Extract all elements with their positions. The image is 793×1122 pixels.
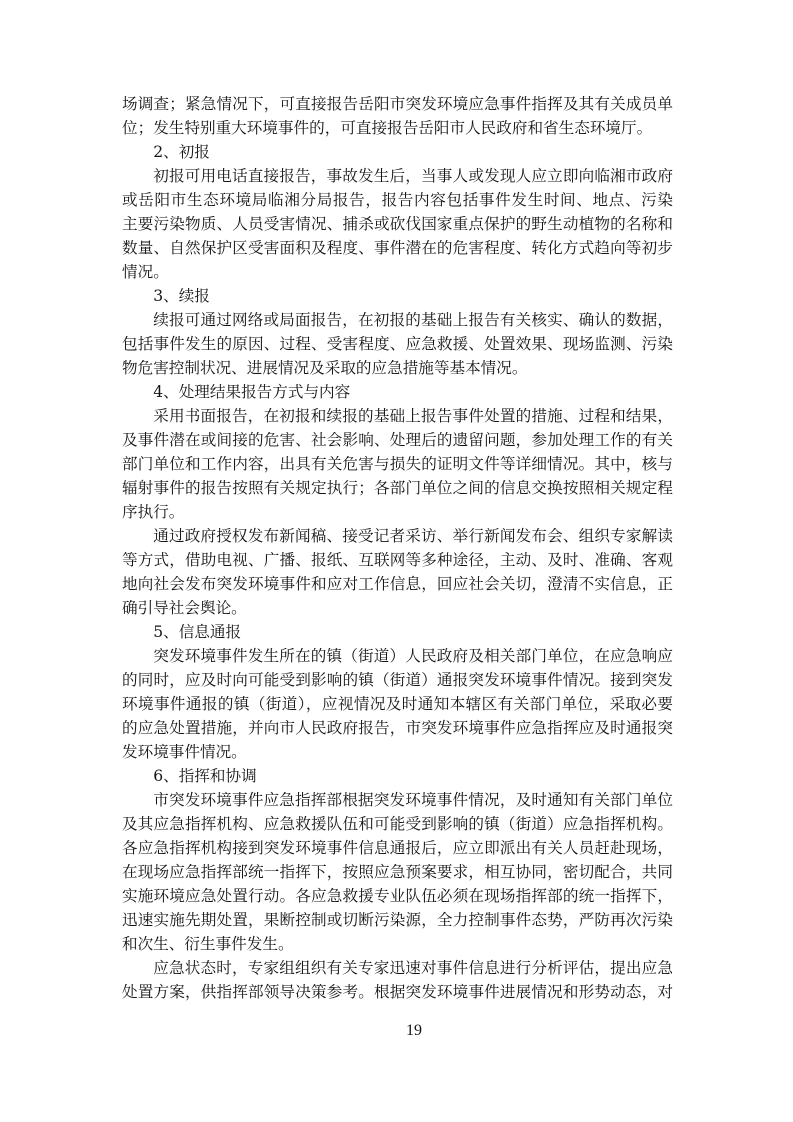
text-line: 等方式，借助电视、广播、报纸、互联网等多种途径，主动、及时、准确、客观: [122, 548, 673, 572]
text-line: 及事件潜在或间接的危害、社会影响、处理后的遗留问题，参加处理工作的有关: [122, 428, 673, 452]
text-line: 市突发环境事件应急指挥部根据突发环境事件情况，及时通知有关部门单位: [122, 788, 673, 812]
text-line: 各应急指挥机构接到突发环境事件信息通报后，应立即派出有关人员赶赴现场，: [122, 836, 673, 860]
text-line: 的同时，应及时向可能受到影响的镇（街道）通报突发环境事件情况。接到突发: [122, 668, 673, 692]
text-line: 部门单位和工作内容，出具有关危害与损失的证明文件等详细情况。其中，核与: [122, 452, 673, 476]
paragraph-continuation: 场调查；紧急情况下，可直接报告岳阳市突发环境应急事件指挥及其有关成员单 位；发生…: [122, 92, 673, 140]
text-line: 序执行。: [122, 500, 673, 524]
text-line: 包括事件发生的原因、过程、受害程度、应急救援、处置效果、现场监测、污染: [122, 332, 673, 356]
text-line: 位；发生特别重大环境事件的，可直接报告岳阳市人民政府和省生态环境厅。: [122, 116, 673, 140]
text-line: 场调查；紧急情况下，可直接报告岳阳市突发环境应急事件指挥及其有关成员单: [122, 92, 673, 116]
text-line: 的应急处置措施，并向市人民政府报告，市突发环境事件应急指挥应及时通报突: [122, 716, 673, 740]
text-line: 物危害控制状况、进展情况及采取的应急措施等基本情况。: [122, 356, 673, 380]
text-line: 环境事件通报的镇（街道），应视情况及时通知本辖区有关部门单位，采取必要: [122, 692, 673, 716]
paragraph-result-report: 采用书面报告，在初报和续报的基础上报告事件处置的措施、过程和结果， 及事件潜在或…: [122, 404, 673, 524]
section-heading-command-coordination: 6、指挥和协调: [122, 764, 673, 788]
document-page: 场调查；紧急情况下，可直接报告岳阳市突发环境应急事件指挥及其有关成员单 位；发生…: [0, 0, 793, 1122]
paragraph-emergency-state: 应急状态时，专家组组织有关专家迅速对事件信息进行分析评估，提出应急 处置方案，供…: [122, 956, 673, 1004]
paragraph-command-coordination: 市突发环境事件应急指挥部根据突发环境事件情况，及时通知有关部门单位 及其应急指挥…: [122, 788, 673, 956]
paragraph-information-notification: 突发环境事件发生所在的镇（街道）人民政府及相关部门单位，在应急响应 的同时，应及…: [122, 644, 673, 764]
text-line: 应急状态时，专家组组织有关专家迅速对事件信息进行分析评估，提出应急: [122, 956, 673, 980]
text-line: 在现场应急指挥部统一指挥下，按照应急预案要求，相互协同，密切配合，共同: [122, 860, 673, 884]
section-heading-follow-up-report: 3、续报: [122, 284, 673, 308]
text-line: 通过政府授权发布新闻稿、接受记者采访、举行新闻发布会、组织专家解读: [122, 524, 673, 548]
text-line: 数量、自然保护区受害面积及程度、事件潜在的危害程度、转化方式趋向等初步: [122, 236, 673, 260]
section-heading-information-notification: 5、信息通报: [122, 620, 673, 644]
text-line: 辐射事件的报告按照有关规定执行；各部门单位之间的信息交换按照相关规定程: [122, 476, 673, 500]
text-line: 处置方案，供指挥部领导决策参考。根据突发环境事件进展情况和形势动态，对: [122, 980, 673, 1004]
text-line: 续报可通过网络或局面报告，在初报的基础上报告有关核实、确认的数据，: [122, 308, 673, 332]
paragraph-initial-report: 初报可用电话直接报告，事故发生后，当事人或发现人应立即向临湘市政府 或岳阳市生态…: [122, 164, 673, 284]
text-line: 主要污染物质、人员受害情况、捕杀或砍伐国家重点保护的野生动植物的名称和: [122, 212, 673, 236]
text-line: 突发环境事件发生所在的镇（街道）人民政府及相关部门单位，在应急响应: [122, 644, 673, 668]
text-line: 情况。: [122, 260, 673, 284]
body-text: 场调查；紧急情况下，可直接报告岳阳市突发环境应急事件指挥及其有关成员单 位；发生…: [122, 92, 673, 1004]
section-heading-result-report: 4、处理结果报告方式与内容: [122, 380, 673, 404]
text-line: 确引导社会舆论。: [122, 596, 673, 620]
paragraph-public-release: 通过政府授权发布新闻稿、接受记者采访、举行新闻发布会、组织专家解读 等方式，借助…: [122, 524, 673, 620]
text-line: 初报可用电话直接报告，事故发生后，当事人或发现人应立即向临湘市政府: [122, 164, 673, 188]
text-line: 采用书面报告，在初报和续报的基础上报告事件处置的措施、过程和结果，: [122, 404, 673, 428]
text-line: 和次生、衍生事件发生。: [122, 932, 673, 956]
text-line: 地向社会发布突发环境事件和应对工作信息，回应社会关切，澄清不实信息，正: [122, 572, 673, 596]
paragraph-follow-up-report: 续报可通过网络或局面报告，在初报的基础上报告有关核实、确认的数据， 包括事件发生…: [122, 308, 673, 380]
text-line: 迅速实施先期处置，果断控制或切断污染源，全力控制事件态势，严防再次污染: [122, 908, 673, 932]
text-line: 或岳阳市生态环境局临湘分局报告，报告内容包括事件发生时间、地点、污染源、: [122, 188, 673, 212]
page-number: 19: [400, 1022, 428, 1040]
text-line: 实施环境应急处置行动。各应急救援专业队伍必须在现场指挥部的统一指挥下，: [122, 884, 673, 908]
section-heading-initial-report: 2、初报: [122, 140, 673, 164]
text-line: 及其应急指挥机构、应急救援队伍和可能受到影响的镇（街道）应急指挥机构。: [122, 812, 673, 836]
text-line: 发环境事件情况。: [122, 740, 673, 764]
